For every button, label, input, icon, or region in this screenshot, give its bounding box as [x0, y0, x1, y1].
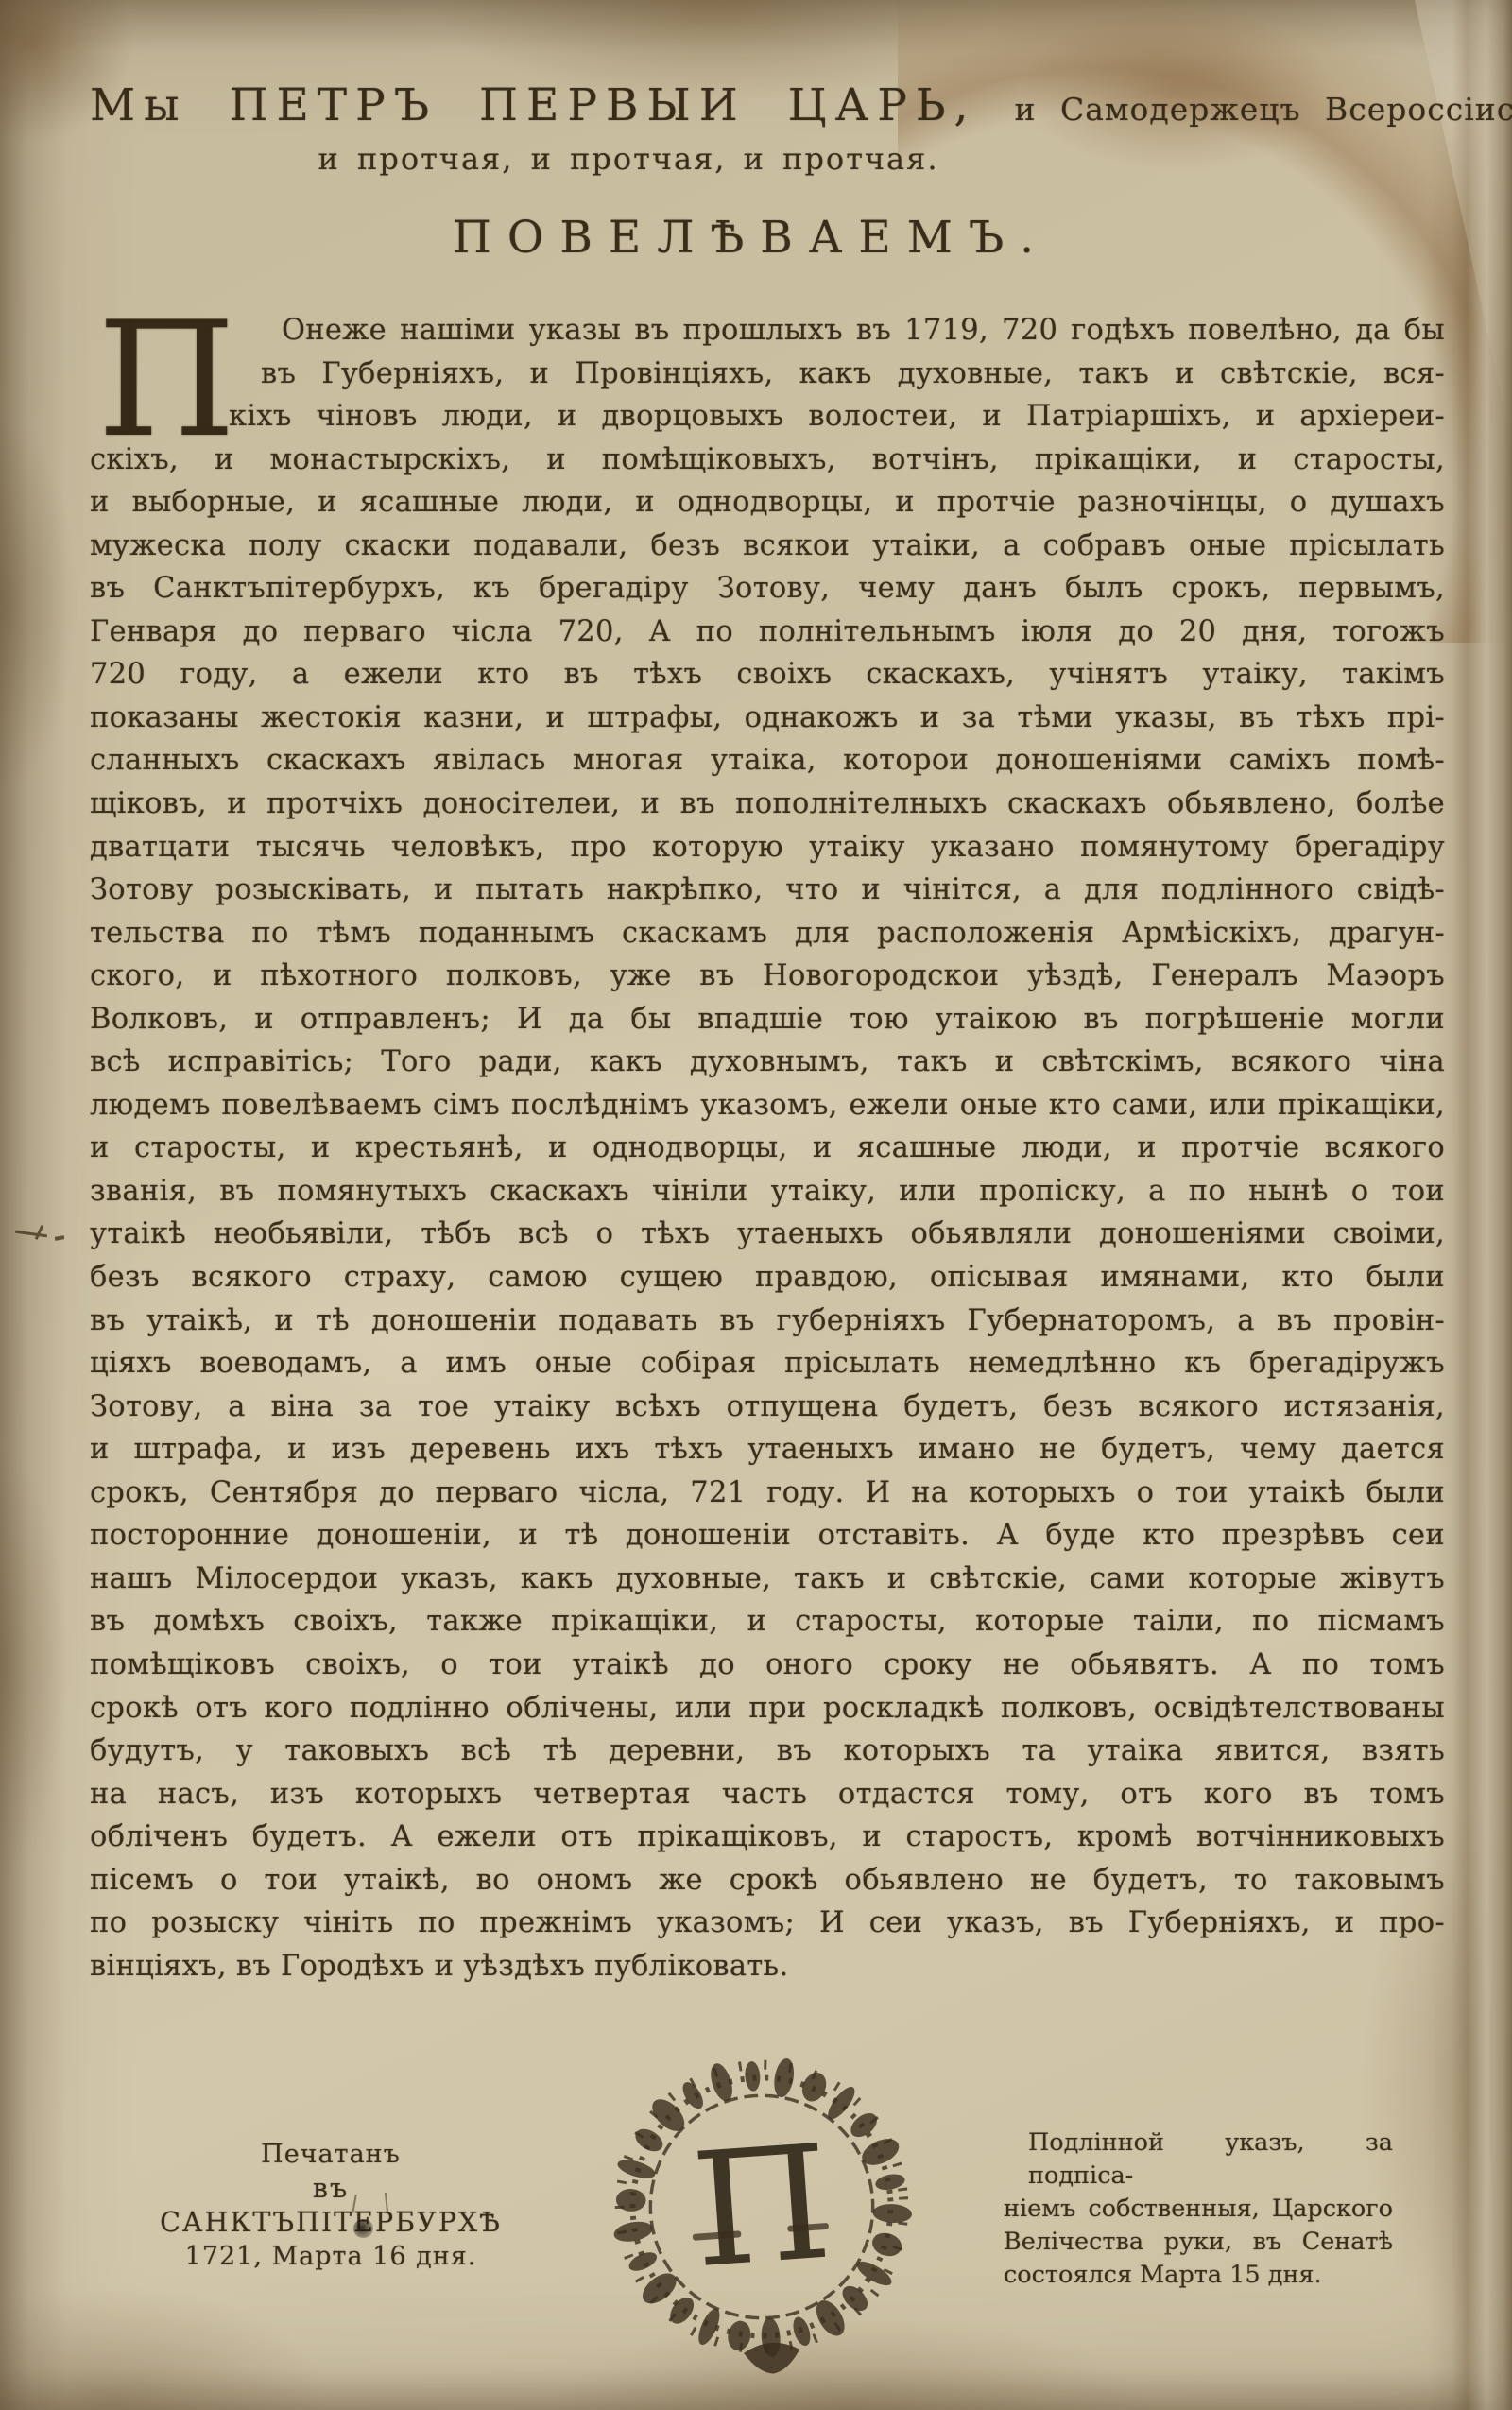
body-line: мужеска полу скаски подавали, безъ всяко… [90, 525, 1445, 568]
body-line: въ Губернiяхъ, и Провiнцiяхъ, какъ духов… [90, 353, 1445, 396]
body-line: и выборные, и ясашные люди, и однодворцы… [90, 481, 1445, 525]
body-line: ского, и пѣхотного полковъ, уже въ Новог… [90, 955, 1445, 998]
body-line: и штрафа, и изъ деревень ихъ тѣхъ утаены… [90, 1428, 1445, 1472]
decree-heading: ПОВЕЛѢВАЕМЪ. [0, 212, 1503, 264]
body-line: въ утаiкѣ, и тѣ доношенiи подавать въ гу… [90, 1300, 1445, 1343]
body-line: будутъ, у таковыхъ всѣ тѣ деревни, въ ко… [90, 1730, 1445, 1773]
body-line: срокѣ отъ кого подлiнно облiчены, или пр… [90, 1687, 1445, 1730]
authentication-line: состоялся Марта 15 дня. [1004, 2259, 1393, 2292]
body-line: званiя, въ помянутыхъ скаскахъ чiнiли ут… [90, 1170, 1445, 1214]
imprint-line: въ САНКТЪПIТЕРБУРХѢ [142, 2172, 520, 2240]
body-line: по розыску чiнiть по прежнiмъ указомъ; И… [90, 1902, 1445, 1945]
body-line: Волковъ, и отправленъ; И да бы впадшiе т… [90, 998, 1445, 1041]
body-line: Онеже нашiми указы въ прошлыхъ въ 1719, … [90, 309, 1445, 353]
body-line: Зотову, а вiна за тое утаiку всѣхъ отпущ… [90, 1386, 1445, 1429]
body-line: срокъ, Сентября до перваго чiсла, 721 го… [90, 1472, 1445, 1515]
body-line: кiхъ чiновъ люди, и дворцовыхъ волостеи,… [90, 395, 1445, 439]
monogram-letter: П [687, 2112, 836, 2304]
body-line: дватцати тысячь человѣкъ, про которую ут… [90, 826, 1445, 869]
body-line: помѣщiковъ своiхъ, о тои утаiкѣ до оного… [90, 1644, 1445, 1687]
title-etcetera-line: и протчая, и протчая, и протчая. [0, 141, 1257, 177]
decree-page: Мы ПЕТРЪ ПЕРВЫИ ЦАРЬ, и Самодержецъ Всер… [0, 0, 1512, 2410]
body-line: и старосты, и крестьянѣ, и однодворцы, и… [90, 1127, 1445, 1170]
body-line: показаны жестокiя казни, и штрафы, однак… [90, 697, 1445, 740]
body-line: людемъ повелѣваемъ сiмъ послѣднiмъ указо… [90, 1084, 1445, 1128]
body-line: нашъ Мiлосердои указъ, какъ духовные, та… [90, 1558, 1445, 1601]
authentication-line: Велiчества руки, въ Сенатѣ [1004, 2226, 1393, 2259]
body-line: Зотову розыскiвать, и пытать накрѣпко, ч… [90, 869, 1445, 912]
title-line: Мы ПЕТРЪ ПЕРВЫИ ЦАРЬ, и Самодержецъ Всер… [90, 79, 1469, 131]
body-line: Генваря до перваго чiсла 720, А по полнi… [90, 611, 1445, 654]
body-line: всѣ исправiтiсь; Того ради, какъ духовны… [90, 1041, 1445, 1084]
wreath-svg: П [581, 2013, 942, 2401]
tsar-title-small: и Самодержецъ Всероссiискiи, [1014, 91, 1512, 128]
imprint-line: Печатанъ [142, 2138, 520, 2172]
imprint-block: Печатанъвъ САНКТЪПIТЕРБУРХѢ1721, Марта 1… [142, 2138, 520, 2274]
tsar-title-large: Мы ПЕТРЪ ПЕРВЫИ ЦАРЬ, [90, 79, 976, 131]
authentication-line: Подлiнной указъ, за подпiса- [1004, 2126, 1393, 2193]
body-line: щiковъ, и протчiхъ доносiтелеи, и въ поп… [90, 783, 1445, 826]
body-line: скiхъ, и монастырскiхъ, и помѣщiковыхъ, … [90, 439, 1445, 482]
body-text: Онеже нашiми указы въ прошлыхъ въ 1719, … [90, 309, 1445, 1988]
body-line: безъ всякого страху, самою сущею правдою… [90, 1256, 1445, 1300]
body-line: вiнцiяхъ, въ Городѣхъ и уѣздѣхъ публiков… [90, 1945, 1445, 1988]
authentication-note: Подлiнной указъ, за подпiса-нiемъ собств… [1004, 2126, 1393, 2292]
body-line: сланныхъ скаскахъ явiлась многая утаiка,… [90, 739, 1445, 783]
ink-blot [353, 2219, 373, 2238]
authentication-line: нiемъ собственныя, Царского [1004, 2193, 1393, 2226]
margin-pen-mark [13, 1221, 70, 1246]
body-line: на насъ, изъ которыхъ четвертая часть от… [90, 1773, 1445, 1816]
body-line: тельства по тѣмъ поданнымъ скаскамъ для … [90, 912, 1445, 955]
body-line: въ Санктъпiтербурхъ, къ брегадiру Зотову… [90, 567, 1445, 611]
body-line: посторонние доношенiи, и тѣ доношенiи от… [90, 1514, 1445, 1558]
pen-marks [348, 2193, 404, 2217]
imprint-line: 1721, Марта 16 дня. [142, 2240, 520, 2274]
body-line: утаiкѣ необьявiли, тѣбъ всѣ о тѣхъ утаен… [90, 1213, 1445, 1256]
laurel-wreath-monogram-emblem: П [581, 2013, 942, 2401]
body-line: въ домѣхъ своiхъ, также прiкащiки, и ста… [90, 1600, 1445, 1644]
body-line: облiченъ будетъ. А ежели отъ прiкащiковъ… [90, 1816, 1445, 1859]
body-line: цiяхъ воеводамъ, а имъ оные собiрая прiс… [90, 1342, 1445, 1386]
body-line: 720 году, а ежели кто въ тѣхъ своiхъ ска… [90, 653, 1445, 697]
body-line: пiсемъ о тои утаiкѣ, во ономъ же срокѣ о… [90, 1859, 1445, 1902]
